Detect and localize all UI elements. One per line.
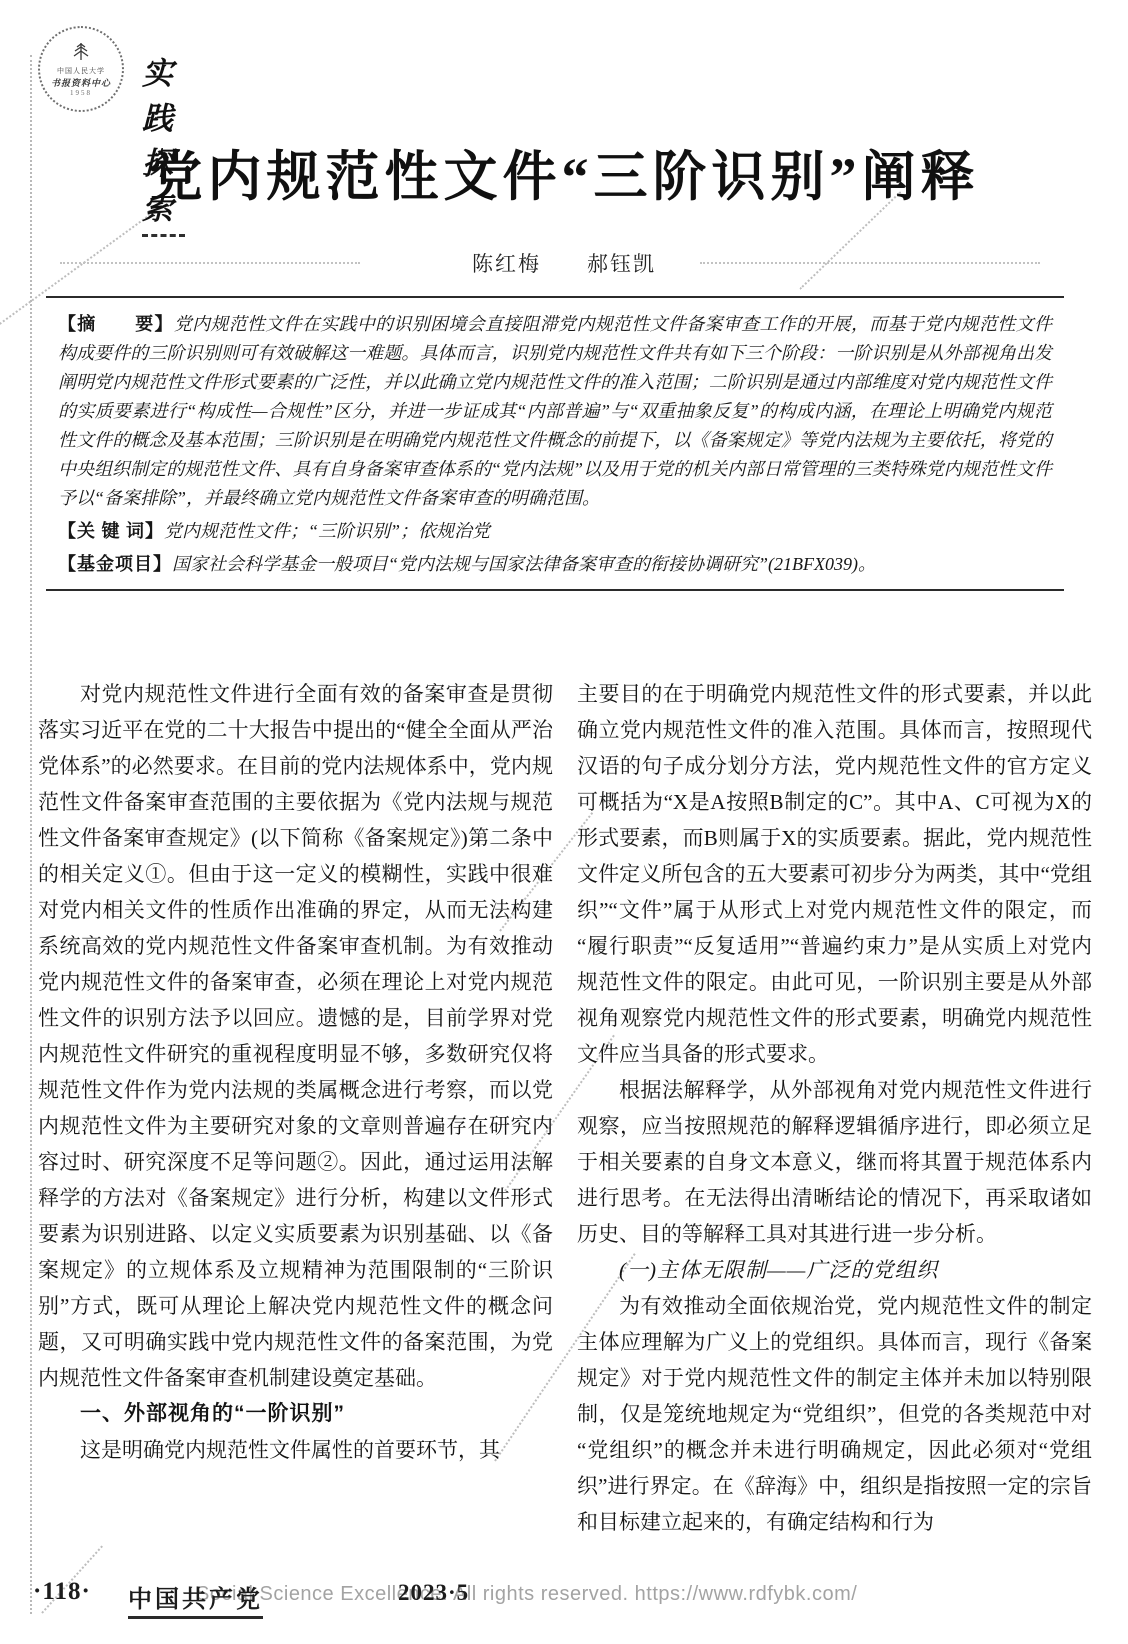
paragraph: 根据法解释学，从外部视角对党内规范性文件进行观察，应当按照规范的解释逻辑循序进行… xyxy=(577,1072,1092,1252)
logo-line2: 书报资料中心 xyxy=(51,76,111,89)
journal-name: 中国共产党 xyxy=(128,1579,263,1619)
keywords-label: 【关 键 词】 xyxy=(58,521,164,541)
body-right-column: 主要目的在于明确党内规范性文件的形式要素，并以此确立党内规范性文件的准入范围。具… xyxy=(577,676,1092,1558)
abstract-block: 【摘 要】党内规范性文件在实践中的识别困境会直接阻滞党内规范性文件备案审查工作的… xyxy=(46,296,1064,591)
abstract-paragraph: 【摘 要】党内规范性文件在实践中的识别困境会直接阻滞党内规范性文件备案审查工作的… xyxy=(58,310,1052,513)
copyright-watermark: Social Science Excellence. All rights re… xyxy=(196,1583,857,1606)
scanned-paper-page: 中国人民大学 书报资料中心 1958 实践探索 党内规范性文件“三阶识别”阐释 … xyxy=(0,0,1128,1644)
paragraph: 为有效推动全面依规治党，党内规范性文件的制定主体应理解为广义上的党组织。具体而言… xyxy=(577,1288,1092,1540)
issue-number: 2023·5 xyxy=(398,1580,469,1606)
fund-text: 国家社会科学基金一般项目“党内法规与国家法律备案审查的衔接协调研究”(21BFX… xyxy=(172,554,876,574)
page-footer: Social Science Excellence. All rights re… xyxy=(0,1574,1128,1616)
section-heading: 一、外部视角的“一阶识别” xyxy=(38,1396,553,1432)
article-title: 党内规范性文件“三阶识别”阐释 xyxy=(0,134,1128,211)
keywords-line: 【关 键 词】党内规范性文件；“三阶识别”；依规治党 xyxy=(58,517,1052,546)
tree-icon xyxy=(70,41,92,65)
left-margin-dotted-line xyxy=(30,55,32,1614)
subsection-heading: (一)主体无限制——广泛的党组织 xyxy=(577,1252,1092,1288)
abstract-text: 党内规范性文件在实践中的识别困境会直接阻滞党内规范性文件备案审查工作的开展，而基… xyxy=(58,314,1052,508)
page-number: ·118· xyxy=(33,1578,91,1606)
article-authors: 陈红梅 郝钰凯 xyxy=(0,248,1128,278)
logo-line3: 1958 xyxy=(70,89,92,97)
body-left-column: 对党内规范性文件进行全面有效的备案审查是贯彻落实习近平在党的二十大报告中提出的“… xyxy=(38,676,553,1558)
journal-logo: 中国人民大学 书报资料中心 1958 xyxy=(38,26,124,112)
abstract-label: 【摘 要】 xyxy=(58,314,174,334)
paragraph: 主要目的在于明确党内规范性文件的形式要素，并以此确立党内规范性文件的准入范围。具… xyxy=(577,676,1092,1072)
logo-line1: 中国人民大学 xyxy=(57,66,105,76)
paragraph: 这是明确党内规范性文件属性的首要环节，其 xyxy=(38,1432,553,1468)
keywords-text: 党内规范性文件；“三阶识别”；依规治党 xyxy=(164,521,490,541)
article-body: 对党内规范性文件进行全面有效的备案审查是贯彻落实习近平在党的二十大报告中提出的“… xyxy=(38,676,1092,1558)
fund-line: 【基金项目】国家社会科学基金一般项目“党内法规与国家法律备案审查的衔接协调研究”… xyxy=(58,550,1052,579)
fund-label: 【基金项目】 xyxy=(58,554,172,574)
paragraph: 对党内规范性文件进行全面有效的备案审查是贯彻落实习近平在党的二十大报告中提出的“… xyxy=(38,676,553,1396)
